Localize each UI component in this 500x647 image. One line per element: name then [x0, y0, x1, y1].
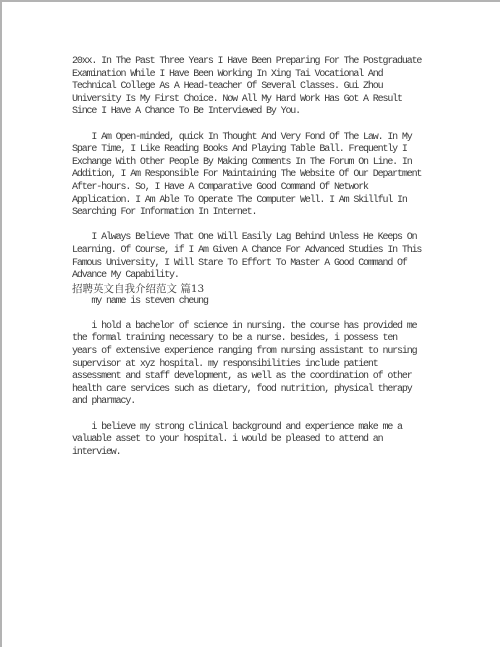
paragraph-nursing-experience: i hold a bachelor of science in nursing.…: [72, 321, 444, 409]
page-top-edge: [0, 0, 500, 2]
paragraph-personality-hobbies: I Am Open-minded, quick In Thought And V…: [72, 132, 444, 220]
document-content: 20xx. In The Past Three Years I Have Bee…: [72, 56, 444, 459]
paragraph-keep-learning: I Always Believe That One Will Easily La…: [72, 232, 444, 282]
paragraph-closing-interview: i believe my strong clinical background …: [72, 422, 444, 460]
page-left-edge: [0, 0, 2, 647]
paragraph-name-intro: my name is steven cheung: [72, 296, 444, 309]
paragraph-postgraduate-exam: 20xx. In The Past Three Years I Have Bee…: [72, 56, 444, 119]
document-page: 20xx. In The Past Three Years I Have Bee…: [0, 0, 500, 647]
section-heading-chinese: 招聘英文自我介绍范文 篇13: [72, 283, 444, 296]
